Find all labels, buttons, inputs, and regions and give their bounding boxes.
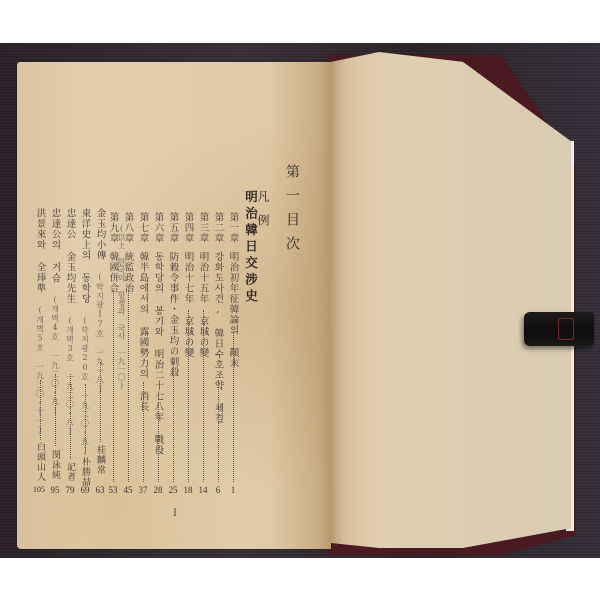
page-number: 63 [92,485,108,495]
toc-chapter-5[interactable]: 第五章防穀令事件・金玉均の刺殺 [168,212,178,378]
page-number: 69 [77,485,93,495]
toc-title: 第一目次 [285,164,299,260]
page-number: 95 [47,485,63,495]
essay-author: 閔泳純 [50,450,59,480]
page-number: 14 [195,485,211,495]
left-page: 第一目次 凡例 明治韓日交涉史 第一章明治初年征韓論의 顚末 第二章강화도사건,… [17,62,331,549]
page-number: 45 [120,485,136,495]
page-number: 105 [31,485,47,494]
page-number: 79 [62,485,78,495]
essay-author: 白頭山人 [35,442,44,482]
leader-dots [128,290,129,482]
leader-dots [40,380,41,440]
leader-dots [203,310,204,482]
folio-number: I [173,508,177,519]
essay-author: 朴勝喆 [80,457,89,487]
leader-dots [70,374,71,459]
section-note: (以上 한국의 항쟁과 국사 一九一〇) [117,224,125,390]
leader-dots [218,380,219,482]
section-title: 明治韓日交涉史 [244,190,257,306]
page-number: 1 [225,485,241,495]
essay-author: 記者 [65,462,74,482]
leader-dots [188,310,189,482]
clasp-emblem-icon [558,318,574,340]
page-number: 37 [135,485,151,495]
page-number: 28 [150,485,166,495]
leader-dots [158,402,159,482]
leader-dots [143,382,144,482]
page-number: 18 [180,485,196,495]
book-photo: 第一目次 凡例 明治韓日交涉史 第一章明治初年征韓論의 顚末 第二章강화도사건,… [0,43,600,558]
leader-dots [85,384,86,454]
leader-dots [100,362,101,442]
preface-label: 凡例 [257,190,269,238]
right-page-blank [331,52,571,548]
leader-dots [55,374,56,446]
leader-dots [233,332,234,482]
page-number: 6 [210,485,226,495]
leader-dots [113,290,114,482]
book-clasp [524,312,594,346]
chapter-title: 防穀令事件・金玉均の刺殺 [168,252,179,378]
essay-author: 桂麟常 [95,445,104,475]
page-number: 25 [165,485,181,495]
leader-dots [173,362,174,482]
